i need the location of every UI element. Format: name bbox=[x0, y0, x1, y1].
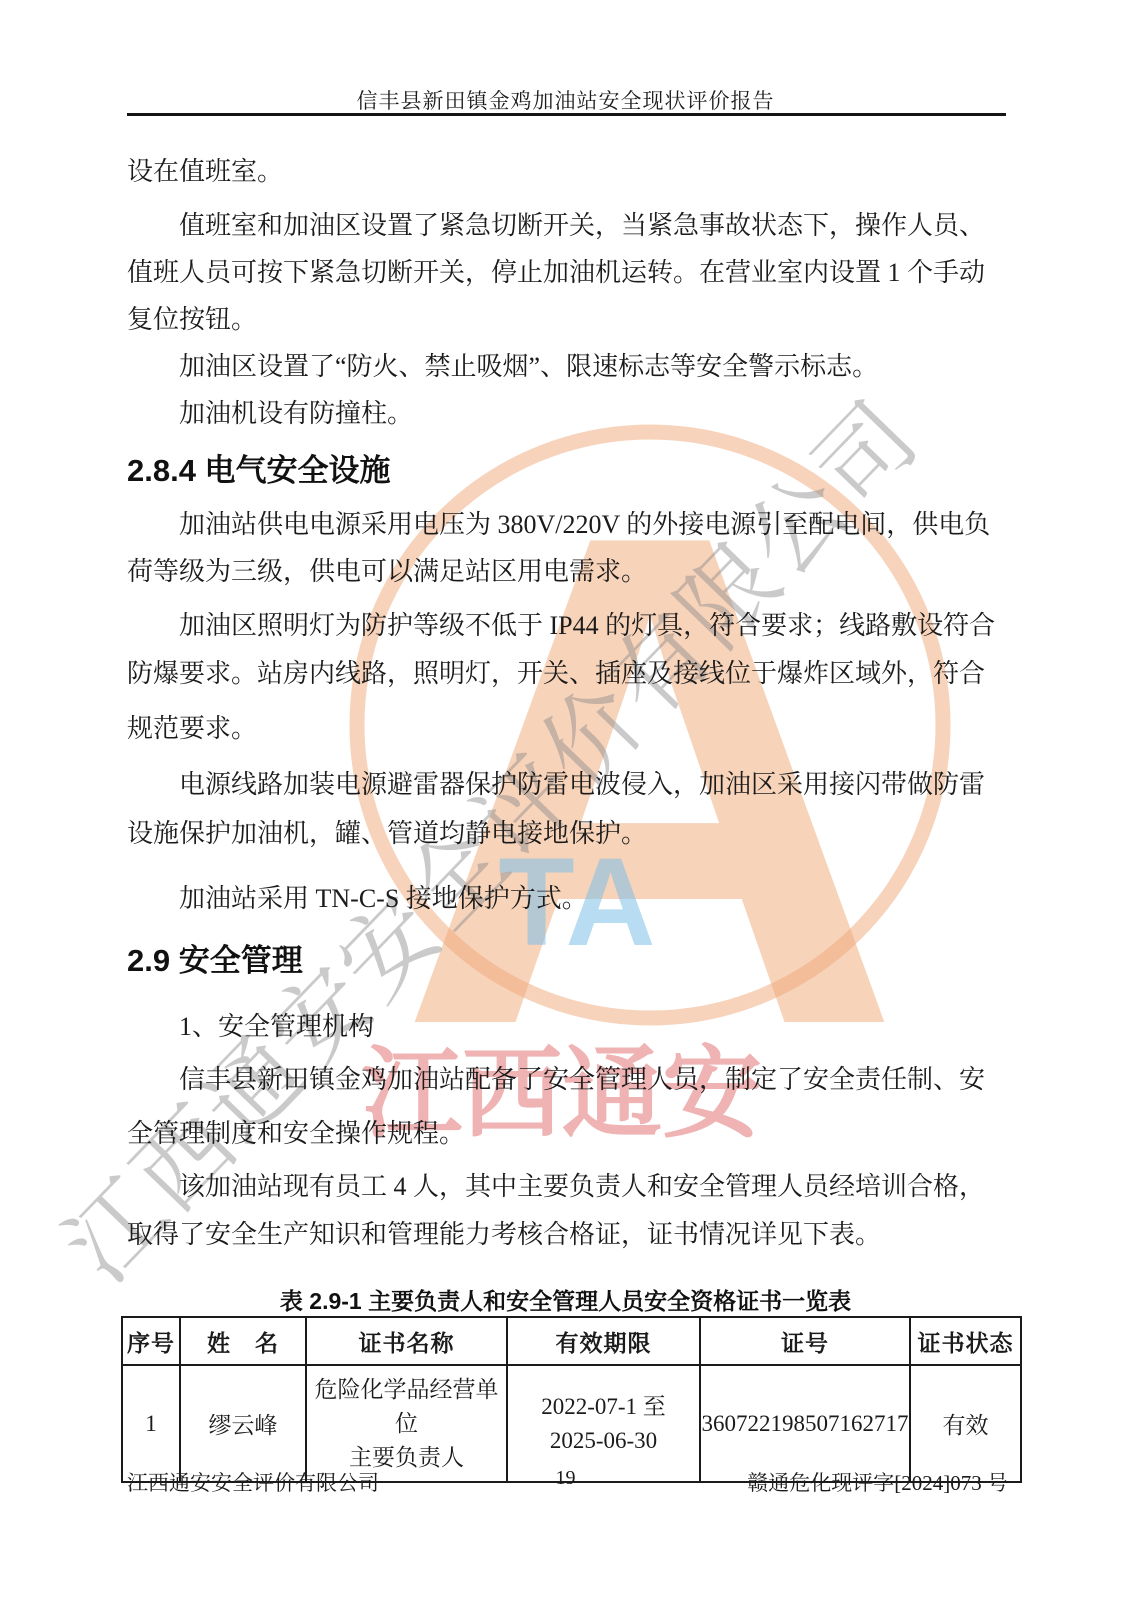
body-line: 荷等级为三级，供电可以满足站区用电需求。 bbox=[127, 558, 647, 586]
footer-doc-number: 赣通危化现评字[2024]073 号 bbox=[747, 1467, 1008, 1497]
body-line: 信丰县新田镇金鸡加油站配备了安全管理人员，制定了安全责任制、安 bbox=[179, 1066, 985, 1094]
body-line: 防爆要求。站房内线路，照明灯，开关、插座及接线位于爆炸区域外，符合 bbox=[127, 660, 985, 688]
validity-line2: 2025-06-30 bbox=[508, 1424, 699, 1458]
body-line: 1、安全管理机构 bbox=[179, 1013, 374, 1041]
table-row: 1 缪云峰 危险化学品经营单位 主要负责人 2022-07-1 至 2025-0… bbox=[122, 1365, 1021, 1482]
cell-validity: 2022-07-1 至 2025-06-30 bbox=[507, 1365, 700, 1482]
body-line: 值班人员可按下紧急切断开关，停止加油机运转。在营业室内设置 1 个手动 bbox=[127, 259, 985, 287]
section-heading-2-9: 2.9 安全管理 bbox=[127, 944, 303, 977]
table-caption: 表 2.9-1 主要负责人和安全管理人员安全资格证书一览表 bbox=[0, 1283, 1131, 1316]
cell-name: 缪云峰 bbox=[180, 1365, 306, 1482]
body-line: 取得了安全生产知识和管理能力考核合格证，证书情况详见下表。 bbox=[127, 1221, 881, 1249]
validity-line1: 2022-07-1 至 bbox=[508, 1390, 699, 1424]
body-line: 加油区设置了“防火、禁止吸烟”、限速标志等安全警示标志。 bbox=[179, 353, 878, 381]
cell-number: 360722198507162717 bbox=[700, 1365, 910, 1482]
body-line: 加油机设有防撞柱。 bbox=[179, 400, 413, 428]
certificate-table: 序号 姓 名 证书名称 有效期限 证号 证书状态 1 缪云峰 危险化学品经营单位… bbox=[121, 1316, 1022, 1483]
body-line: 全管理制度和安全操作规程。 bbox=[127, 1120, 465, 1148]
col-header-number: 证号 bbox=[700, 1317, 910, 1365]
page-header-title: 信丰县新田镇金鸡加油站安全现状评价报告 bbox=[0, 85, 1131, 115]
col-header-status: 证书状态 bbox=[910, 1317, 1021, 1365]
body-line: 该加油站现有员工 4 人，其中主要负责人和安全管理人员经培训合格， bbox=[179, 1173, 985, 1201]
body-line: 值班室和加油区设置了紧急切断开关，当紧急事故状态下，操作人员、 bbox=[179, 212, 985, 240]
body-line: 电源线路加装电源避雷器保护防雷电波侵入，加油区采用接闪带做防雷 bbox=[179, 771, 985, 799]
col-header-validity: 有效期限 bbox=[507, 1317, 700, 1365]
body-line: 设在值班室。 bbox=[127, 158, 283, 186]
table-header-row: 序号 姓 名 证书名称 有效期限 证号 证书状态 bbox=[122, 1317, 1021, 1365]
body-line: 加油站采用 TN-C-S 接地保护方式。 bbox=[179, 885, 588, 913]
document-page: A TA 江西通安安全评价有限公司 江西通安 信丰县新田镇金鸡加油站安全现状评价… bbox=[0, 0, 1131, 1600]
col-header-name: 姓 名 bbox=[180, 1317, 306, 1365]
cell-cert: 危险化学品经营单位 主要负责人 bbox=[306, 1365, 507, 1482]
cert-name-line1: 危险化学品经营单位 bbox=[307, 1373, 506, 1441]
body-line: 加油站供电电源采用电压为 380V/220V 的外接电源引至配电间，供电负 bbox=[179, 511, 990, 539]
body-line: 设施保护加油机，罐、管道均静电接地保护。 bbox=[127, 820, 647, 848]
body-line: 规范要求。 bbox=[127, 715, 257, 743]
section-heading-2-8-4: 2.8.4 电气安全设施 bbox=[127, 454, 391, 487]
col-header-seq: 序号 bbox=[122, 1317, 180, 1365]
content-layer: 信丰县新田镇金鸡加油站安全现状评价报告 设在值班室。 值班室和加油区设置了紧急切… bbox=[0, 0, 1131, 1600]
cell-status: 有效 bbox=[910, 1365, 1021, 1482]
header-rule bbox=[127, 113, 1006, 116]
cell-seq: 1 bbox=[122, 1365, 180, 1482]
col-header-cert: 证书名称 bbox=[306, 1317, 507, 1365]
body-line: 复位按钮。 bbox=[127, 306, 257, 334]
body-line: 加油区照明灯为防护等级不低于 IP44 的灯具，符合要求；线路敷设符合 bbox=[179, 612, 995, 640]
